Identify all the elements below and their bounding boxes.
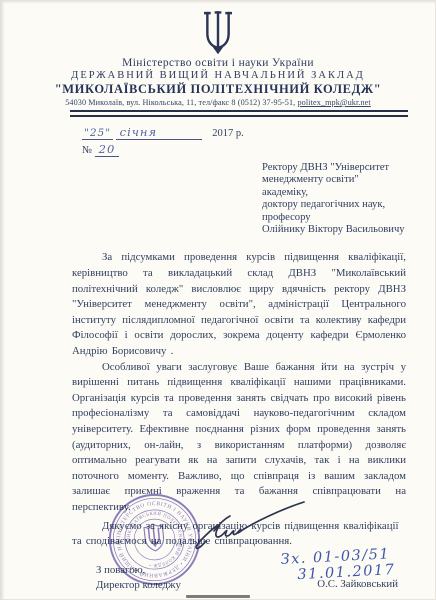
scan-artifact [186, 595, 250, 598]
scanned-letter-page: Міністерство освіти і науки України ДЕРЖ… [0, 0, 436, 600]
printed-year: 2017 р. [212, 128, 244, 139]
ukraine-trident-icon [199, 11, 237, 55]
addressee-line: доктору педагогічних наук, [262, 199, 406, 211]
address-text: 54030 Миколаїв, вул. Нікольська, 11, тел… [65, 98, 295, 107]
org-name-line: "МИКОЛАЇВСЬКИЙ ПОЛІТЕХНІЧНИЙ КОЛЕДЖ" [0, 82, 436, 97]
reference-block: "25" січня 2017 р. № 20 [82, 125, 406, 156]
ministry-line: Міністерство освіти і науки України [0, 57, 436, 69]
number-label: № [82, 145, 92, 156]
header-rule [70, 110, 408, 117]
letterhead: Міністерство освіти і науки України ДЕРЖ… [0, 0, 436, 117]
address-line: 54030 Миколаїв, вул. Нікольська, 11, тел… [0, 98, 436, 107]
addressee-line: Олійнику Віктору Васильовичу [262, 224, 406, 236]
org-type-line: ДЕРЖАВНИЙ ВИЩИЙ НАВЧАЛЬНИЙ ЗАКЛАД [0, 70, 436, 81]
date-line: "25" січня 2017 р. [82, 125, 406, 140]
paragraph-1: За підсумками проведення курсів підвищен… [72, 250, 406, 359]
handwritten-day: "25" [82, 127, 113, 140]
email-text: politex_mpk@ukr.net [297, 98, 370, 107]
paragraph-2: Особливої уваги заслуговує Ваше бажання … [72, 360, 406, 516]
number-line: № 20 [82, 142, 406, 156]
addressee-block: Ректору ДВНЗ "Університет менеджменту ос… [262, 162, 406, 236]
handwritten-signature [192, 495, 310, 551]
addressee-line: професору [262, 212, 406, 224]
handwritten-month: січня [116, 125, 202, 140]
stamp-trident-shield-icon [144, 523, 165, 552]
handwritten-number: 20 [95, 142, 120, 157]
registration-note: Зх. 01-03/51 31.01.2017 [280, 546, 396, 584]
addressee-line: Ректору ДВНЗ "Університет [262, 162, 406, 174]
addressee-line: менеджменту освіти" академіку, [262, 174, 406, 199]
